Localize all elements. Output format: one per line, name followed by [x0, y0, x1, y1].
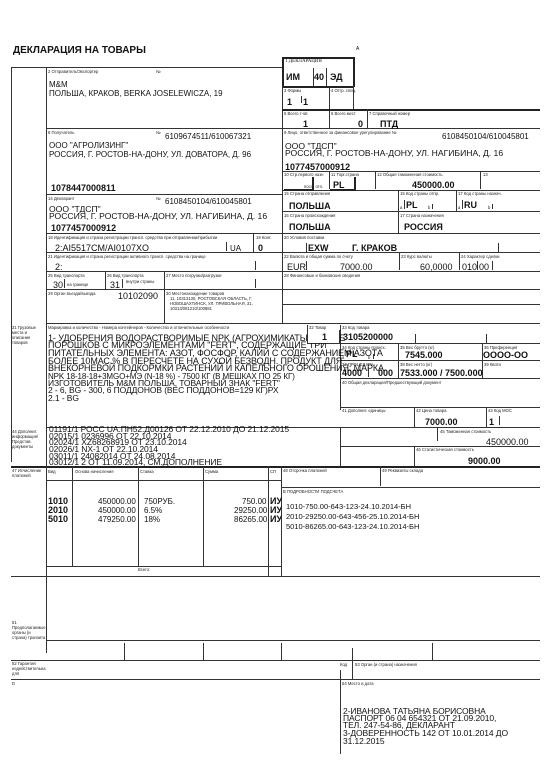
- box34-sep: [373, 354, 374, 359]
- box1-left: [282, 57, 284, 87]
- box18-19-div: [253, 233, 254, 252]
- box23-24-div: [459, 252, 460, 270]
- box40-top: [340, 378, 540, 379]
- box26-27-div: [164, 271, 165, 289]
- transport-country-value: UA: [230, 244, 241, 253]
- boxB-label: В ПОДРОБНОСТИ ПОДСЧЕТА: [283, 489, 343, 494]
- box42-label: 42 Цена товара: [416, 408, 446, 413]
- box18-label: 18 Идентификация и страна регистрации тр…: [48, 235, 217, 240]
- payment-sp: ИУ: [270, 514, 282, 524]
- dispatch-country-code: PL: [406, 200, 418, 210]
- declaration-code: 40: [314, 72, 324, 82]
- box15a-17a-div: [456, 190, 457, 211]
- column-header-sum: Сумма: [205, 469, 218, 474]
- calculation-line: 1010-750.00-643-123-24.10.2014-БН: [286, 502, 411, 511]
- transaction-nature-1: 010: [462, 262, 477, 272]
- box17a-sep: [462, 200, 463, 209]
- box47-col4: [268, 466, 269, 576]
- declarant-address: РОССИЯ, Г. РОСТОВ-НА-ДОНУ, УЛ. НАГИБИНА,…: [49, 213, 267, 221]
- box5-top: [282, 109, 540, 111]
- total-customs-value: 450000.00: [412, 180, 455, 190]
- box45-left: [437, 427, 438, 441]
- procedure-value-1: 4000: [342, 368, 362, 378]
- invoice-total-value: 7000.00: [340, 262, 373, 272]
- origin-country-code: PL: [346, 349, 358, 359]
- box10-sub: посл. отп.: [304, 184, 323, 189]
- box47-header-bottom: [46, 480, 282, 481]
- box47-left: [46, 466, 47, 576]
- total-packages-value: 0: [358, 119, 363, 129]
- box1-right: [353, 57, 355, 87]
- box42-43-div: [486, 407, 487, 427]
- forms-value-1: 1: [287, 97, 292, 107]
- net-weight-value: 7533.000 / 7500.000: [400, 368, 483, 378]
- box17a-b: b: [488, 205, 490, 210]
- box13-label: 13: [483, 172, 488, 177]
- delivery-place-value: Г. КРАКОВ: [352, 243, 397, 253]
- column-header-sp: СП: [270, 469, 276, 474]
- box51-col4: [432, 643, 433, 660]
- box12-13-div: [480, 171, 481, 189]
- box48-49-div: [380, 466, 381, 486]
- box24-label: 24 Характер сделки: [461, 254, 500, 259]
- corner-mark: А: [356, 46, 359, 52]
- box7-label: 7 Справочный номер: [369, 111, 410, 116]
- box51-col1: [124, 643, 125, 660]
- column-header-rate: Ставка: [140, 469, 154, 474]
- consignee-ogrn: 1078447000811: [51, 183, 116, 193]
- payment-total-label: Всего:: [138, 567, 150, 572]
- box39-label: 39 Квота: [484, 362, 501, 367]
- box27-label: 27 Место погрузки/разгрузки: [166, 273, 221, 278]
- box15a-b: b: [428, 205, 430, 210]
- box3-left: [282, 86, 283, 129]
- box15-label: 15 Страна отправления: [284, 191, 330, 196]
- box24-sep2: [492, 261, 493, 270]
- goods-location-value: 11, 10313130, РОСТОВСКАЯ ОБЛАСТЬ, Г. НОВ…: [170, 296, 278, 311]
- box17-label: 17 Страна назначения: [400, 213, 444, 218]
- box3-sep: [301, 96, 302, 103]
- box22-label: 22 Валюта и общая сумма по счету: [284, 254, 353, 259]
- procedure-value-2: 000: [378, 368, 393, 378]
- box15a-sep2: [432, 204, 433, 209]
- side-column-divider: [46, 67, 47, 323]
- box46-left: [414, 446, 415, 466]
- box15a-sep: [404, 200, 405, 209]
- box53-label: 53 Орган (и страна) назначения: [355, 662, 417, 667]
- box41-42-div: [414, 407, 415, 427]
- box31-label: Маркировка и количество - Номера контейн…: [48, 325, 229, 330]
- dispatch-country-value: ПОЛЬША: [289, 201, 331, 211]
- box26-label: 26 Вид транспорта: [107, 273, 144, 278]
- box43-sep: [499, 416, 500, 425]
- box54-label: 54 Место и дата: [342, 681, 374, 686]
- box8-label: 8 Получатель: [48, 130, 74, 135]
- box29-top: [46, 289, 540, 290]
- box45-label: 45 Таможенная стоимость: [440, 429, 491, 434]
- delivery-term-value: EXW: [308, 243, 329, 253]
- payment-rate: 18%: [144, 515, 160, 524]
- box33-label: 33 Код товара: [342, 325, 369, 330]
- box15a-label: 15 Код страны отпр.: [400, 191, 439, 196]
- box2-no-label: №: [156, 69, 161, 74]
- box52-bottom: [11, 679, 540, 680]
- box2-label: 2 Отправитель/Экспортер: [48, 69, 98, 74]
- box44-right: [340, 427, 341, 467]
- box52-side-label: 52 Гарантия недействительна для: [12, 661, 46, 676]
- consignee-name: ООО "АГРОЛИЗИНГ": [49, 141, 128, 150]
- transaction-nature-2: 00: [479, 262, 489, 272]
- currency-value: EUR: [287, 262, 306, 272]
- box16-label: 16 Страна происхождения: [284, 213, 335, 218]
- customs-office-value: 10102090: [118, 291, 158, 301]
- declaration-type: ИМ: [286, 72, 300, 82]
- box41-label: 41 Дополнит. единицы: [342, 408, 386, 413]
- box17a-a: a: [458, 205, 460, 210]
- box6-7-div: [367, 109, 368, 129]
- item-number-value: 1: [322, 332, 327, 342]
- boxB-top: [281, 487, 540, 488]
- box12-label: 12 Общая таможенная стоимость: [377, 172, 443, 177]
- box14-top: [46, 194, 282, 195]
- declarant-inn: 6108450104/610045801: [165, 197, 252, 206]
- box49-label: 49 Реквизиты склада: [382, 468, 423, 473]
- box19-label: 19 Конт.: [256, 235, 272, 240]
- box18-top: [46, 233, 540, 234]
- consignee-address: РОССИЯ, Г. РОСТОВ-НА-ДОНУ, УЛ. ДОВАТОРА,…: [49, 150, 251, 159]
- mid-divider-2: [282, 233, 283, 323]
- destination-country-value: РОССИЯ: [404, 222, 443, 232]
- column-header-kind: Вид: [48, 469, 56, 474]
- left-border: [11, 67, 12, 462]
- box22-23-div: [399, 252, 400, 270]
- consignee-inn: 6109674511/610067321: [165, 132, 251, 141]
- mos-code-value: 1: [489, 417, 494, 427]
- box25-sep: [64, 279, 65, 288]
- box54-left: [340, 670, 341, 754]
- exchange-rate-value: 60,0000: [420, 262, 453, 272]
- box21-label: 21 Идентификация и страна регистрации ак…: [48, 254, 206, 259]
- box34-top: [307, 343, 540, 344]
- box51-col3: [281, 643, 282, 660]
- payment-sum: 86265.00: [234, 515, 267, 524]
- destination-country-code: RU: [464, 200, 477, 210]
- gross-weight-value: 7545.000: [405, 350, 443, 360]
- box14-no-label: №: [156, 196, 161, 201]
- calculation-line: 5010-86265.00-643-123-24.10.2014-БН: [286, 522, 419, 531]
- box47-side-label: 47 Исчисление платежей: [12, 468, 44, 478]
- payment-base: 479250.00: [98, 515, 136, 524]
- customs-value: 450000.00: [486, 437, 529, 447]
- box48-label: 48 Отсрочка платежей: [283, 468, 327, 473]
- border-transport-value: 2:: [55, 262, 63, 272]
- box14-label: 14 Декларант: [48, 196, 75, 201]
- box27-sep: [255, 279, 256, 288]
- mid-divider-1: [282, 128, 283, 233]
- box53-left: [352, 648, 353, 679]
- box22-sep: [306, 261, 307, 270]
- document-title: ДЕКЛАРАЦИЯ НА ТОВАРЫ: [13, 45, 146, 56]
- exporter-name: M&M: [49, 80, 68, 89]
- box47-col1: [72, 466, 73, 567]
- box5-label: 5 Всего т-ов: [284, 111, 308, 116]
- box40-label: 40 Общая декларация/Предшествующий докум…: [342, 380, 441, 385]
- box33-sep2: [486, 334, 487, 343]
- statistical-value: 9000.00: [468, 456, 501, 466]
- box26-sub: внутри страны: [126, 279, 154, 284]
- box53-code-label: Код: [340, 662, 347, 667]
- box37-top: [340, 360, 540, 361]
- box44-side-label: 44 Дополнит. информация/ Представ. докум…: [12, 429, 44, 449]
- financial-responsible-inn: 6108450104/610045801: [442, 132, 529, 141]
- box29-30-div: [164, 289, 165, 323]
- container-value: 0: [258, 243, 263, 253]
- payment-kind: 5010: [48, 514, 68, 524]
- financial-responsible-ogrn: 1077457000912: [285, 162, 350, 172]
- box34-a: a: [342, 355, 344, 360]
- origin-country-value: ПОЛЬША: [289, 222, 331, 232]
- preference-value: ОООО-ОО: [483, 350, 528, 360]
- box17a-label: 17 Код страны назнач.: [458, 191, 502, 196]
- document-line: 03012/1 2 ОТ 11.09.2014, СМ.ДОПОЛНЕНИЕ: [49, 459, 222, 467]
- exporter-address: ПОЛЬША, КРАКОВ, BERKA JOSELEWICZA, 19: [49, 89, 223, 98]
- box28-inner-line: [282, 304, 540, 305]
- box24-sep: [477, 261, 478, 270]
- payment-base: 450000.00: [98, 497, 136, 506]
- box11-12-div: [375, 171, 376, 189]
- box3-label: 3 Формы: [284, 88, 301, 93]
- declaration-form-type: ЭД: [330, 72, 343, 82]
- box26-sep: [122, 279, 123, 288]
- item-price-value: 7000.00: [425, 417, 458, 427]
- box46-label: 46 Статистическая стоимость: [416, 447, 474, 452]
- payment-rate: 750РУБ.: [144, 497, 175, 506]
- box47-col3: [203, 466, 204, 567]
- box37-sep: [368, 367, 369, 377]
- box3-4-div: [329, 86, 330, 129]
- border-transport-mode: 30: [53, 280, 63, 290]
- box20-sep: [306, 243, 307, 252]
- payment-base: 450000.00: [98, 506, 136, 515]
- box16-top: [282, 211, 540, 212]
- box8-top: [46, 128, 540, 129]
- box43-label: 43 Код МОС: [488, 408, 512, 413]
- box51-top: [11, 576, 540, 577]
- box25-26-div: [105, 271, 106, 289]
- commodity-code-value: 3105200000: [343, 332, 393, 342]
- box8-no-label: №: [156, 130, 161, 135]
- inland-transport-mode: 31: [110, 280, 120, 290]
- forms-value-2: 1: [303, 97, 308, 107]
- boxD-label: D: [12, 681, 15, 686]
- box29-label: 29 Орган въезда/выезда: [48, 291, 95, 296]
- box34-b: b: [368, 355, 370, 360]
- box21-sep: [255, 261, 256, 270]
- box51-side-label: 51 Предполагаемые органы (и страна) тран…: [12, 620, 46, 640]
- payment-sum: 29250.00: [234, 506, 267, 515]
- box15a-a: a: [400, 205, 402, 210]
- box47-col2: [138, 466, 139, 567]
- box25-sub: на границе: [67, 282, 88, 287]
- goods-description-line: 2.1 - BG: [48, 395, 79, 403]
- financial-responsible-address: РОССИЯ, Г. РОСТОВ-НА-ДОНУ, УЛ. НАГИБИНА,…: [285, 150, 503, 158]
- transport-id-value: 2:AI5517CM/AI0107XO: [55, 243, 149, 253]
- box28-label: 28 Финансовые и банковские сведения: [284, 273, 360, 278]
- column-header-base: Основа начисления: [75, 469, 114, 474]
- box33-sep1: [415, 334, 416, 343]
- box25-label: 25 Вид транспорта: [48, 273, 85, 278]
- box51-col2: [203, 643, 204, 660]
- signatory-line: 31.12.2015: [343, 738, 385, 746]
- box18-sep: [226, 242, 227, 251]
- trading-country-value: PL: [333, 180, 345, 190]
- goods-description-line: 2 - 6, BG - 300, 6 ПОДДОНОВ (ВЕС ПОДДОНО…: [48, 387, 279, 395]
- box6-label: 6 Всего мест: [331, 111, 356, 116]
- payment-rate: 6.5%: [144, 506, 162, 515]
- box4-label: 4 Отгр. спец.: [331, 88, 356, 93]
- payment-sum: 750.00: [242, 497, 266, 506]
- box52-top: [11, 660, 540, 661]
- box47-total-top: [46, 566, 282, 567]
- box2-top: [11, 67, 283, 68]
- box31-top: [46, 323, 540, 324]
- box51-bottom: [46, 640, 540, 641]
- total-items-value: 1: [303, 119, 308, 129]
- box31-side-label: 31 Грузовые места и описание товаров: [12, 325, 44, 345]
- box20-label: 20 Условия поставки: [284, 235, 324, 240]
- calculation-line: 2010-29250.00-643-456-25.10.2014-БН: [286, 512, 419, 521]
- declarant-ogrn: 1077457000912: [51, 223, 116, 233]
- box9-label: 9 Лицо, ответственное за финансовое урег…: [284, 130, 396, 135]
- box1-label: 1 ДЕКЛАРАЦИЯ: [285, 59, 322, 64]
- box38-label: 38 Вес нетто (кг): [400, 362, 432, 367]
- box17a-sep2: [492, 204, 493, 209]
- box23-label: 23 Курс валюты: [401, 254, 432, 259]
- box20-sep2: [498, 243, 499, 252]
- box1-div2: [326, 68, 327, 86]
- reference-number-value: ПТД: [380, 119, 398, 129]
